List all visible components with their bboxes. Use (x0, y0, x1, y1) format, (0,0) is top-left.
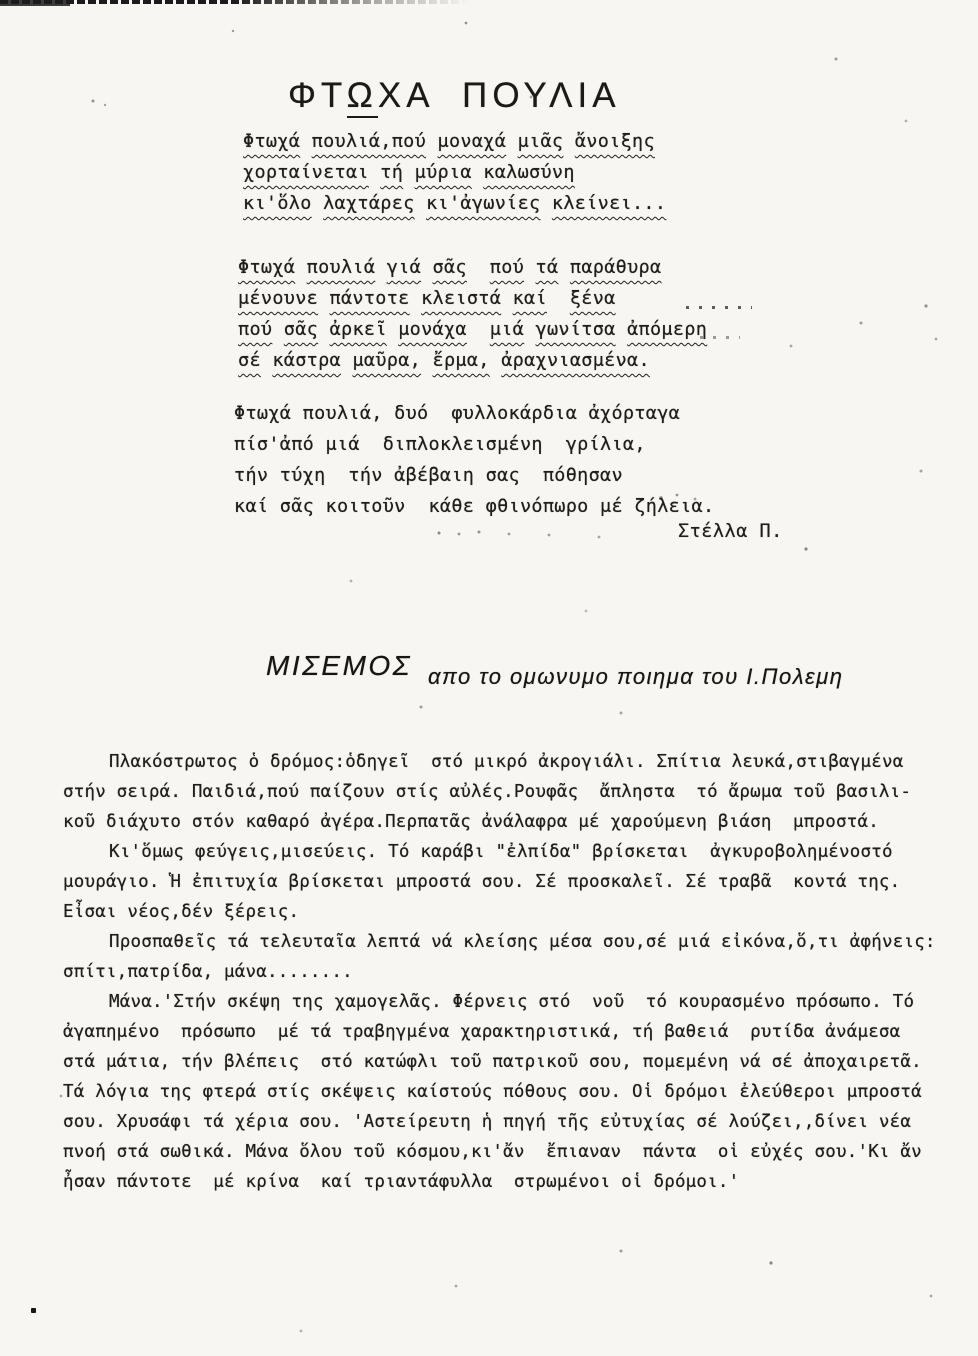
section-title: ΜΙΣΕΜΟΣ (266, 650, 412, 681)
prose-line: Εἶσαι νέος,δέν ξέρεις. (63, 897, 933, 927)
section-subtitle: απο το ομωνυμο ποιημα του Ι.Πολεμη (428, 664, 844, 689)
poem-signature: Στέλλα Π. (678, 521, 783, 542)
poem-title-underlined-letter: Ω (347, 76, 378, 118)
prose-line: κοῦ διάχυτο στόν καθαρό ἀγέρα.Περπατᾶς ἀ… (63, 807, 933, 837)
poem-line: κι'ὅλο λαχτάρες κι'ἀγωνίες κλείνει... (243, 188, 666, 219)
poem-title-part: ΧΑ ΠΟΥΛΙΑ (378, 76, 621, 115)
poem-line: μένουνε πάντοτε κλειστά καί ξένα (238, 283, 707, 314)
prose-line: σου. Χρυσάφι τά χέρια σου. 'Αστείρευτη ἡ… (63, 1107, 933, 1137)
poem-title-part: ΦΤ (288, 76, 347, 115)
ink-dot-artifact (31, 1308, 36, 1313)
poem-stanza-3: Φτωχά πουλιά, δυό φυλλοκάρδια ἀχόρταγα π… (234, 398, 714, 522)
section-heading: ΜΙΣΕΜΟΣαπο το ομωνυμο ποιημα του Ι.Πολεμ… (266, 650, 843, 682)
prose-line: Πλακόστρωτος ὁ δρόμος:ὁδηγεῖ στό μικρό ἀ… (63, 747, 933, 777)
poem-stanza-1: Φτωχά πουλιά,πού μοναχά μιᾶς ἄνοιξης χορ… (243, 126, 666, 219)
prose-line: Τά λόγια της φτερά στίς σκέψεις καίστούς… (63, 1077, 933, 1107)
poem-line: Φτωχά πουλιά, δυό φυλλοκάρδια ἀχόρταγα (234, 398, 714, 429)
poem-line: καί σᾶς κοιτοῦν κάθε φθινόπωρο μέ ζήλεια… (234, 491, 714, 522)
prose-line: Μάνα.'Στήν σκέψη της χαμογελᾶς. Φέρνεις … (63, 987, 933, 1017)
poem-line: Φτωχά πουλιά γιά σᾶς πού τά παράθυρα (238, 252, 707, 283)
poem-line: Φτωχά πουλιά,πού μοναχά μιᾶς ἄνοιξης (243, 126, 666, 157)
prose-line: ἀγαπημένο πρόσωπο μέ τά τραβηγμένα χαρακ… (63, 1017, 933, 1047)
scan-edge-corner-artifact (0, 0, 70, 6)
scanned-document-page: ΦΤΩΧΑ ΠΟΥΛΙΑ Φτωχά πουλιά,πού μοναχά μιᾶ… (0, 0, 978, 1356)
poem-title: ΦΤΩΧΑ ΠΟΥΛΙΑ (288, 76, 621, 116)
poem-stanza-2: Φτωχά πουλιά γιά σᾶς πού τά παράθυρα μέν… (238, 252, 707, 376)
scan-noise-speckles (0, 0, 2, 2)
prose-block: Πλακόστρωτος ὁ δρόμος:ὁδηγεῖ στό μικρό ἀ… (63, 747, 933, 1197)
poem-line: τήν τύχη τήν ἀβέβαιη σας πόθησαν (234, 460, 714, 491)
scan-edge-artifact (0, 0, 470, 4)
poem-line: χορταίνεται τή μύρια καλωσύνη (243, 157, 666, 188)
prose-line: Προσπαθεῖς τά τελευταῖα λεπτά νά κλείσης… (63, 927, 933, 957)
prose-line: στήν σειρά. Παιδιά,πού παίζουν στίς αὐλέ… (63, 777, 933, 807)
prose-line: στά μάτια, τήν βλέπεις στό κατώφλι τοῦ π… (63, 1047, 933, 1077)
poem-line: πίσ'ἀπό μιά διπλοκλεισμένη γρίλια, (234, 429, 714, 460)
poem-line: σέ κάστρα μαῦρα, ἔρμα, ἀραχνιασμένα. (238, 345, 707, 376)
prose-line: πνοή στά σωθικά. Μάνα ὅλου τοῦ κόσμου,κι… (63, 1137, 933, 1167)
prose-line: Κι'ὅμως φεύγεις,μισεύεις. Τό καράβι "ἐλπ… (63, 837, 933, 867)
poem-line: πού σᾶς ἀρκεῖ μονάχα μιά γωνίτσα ἀπόμερη (238, 314, 707, 345)
prose-line: σπίτι,πατρίδα, μάνα........ (63, 957, 933, 987)
prose-line: ἦσαν πάντοτε μέ κρίνα καί τριαντάφυλλα σ… (63, 1167, 933, 1197)
prose-line: μουράγιο. Ἡ ἐπιτυχία βρίσκεται μπροστά σ… (63, 867, 933, 897)
